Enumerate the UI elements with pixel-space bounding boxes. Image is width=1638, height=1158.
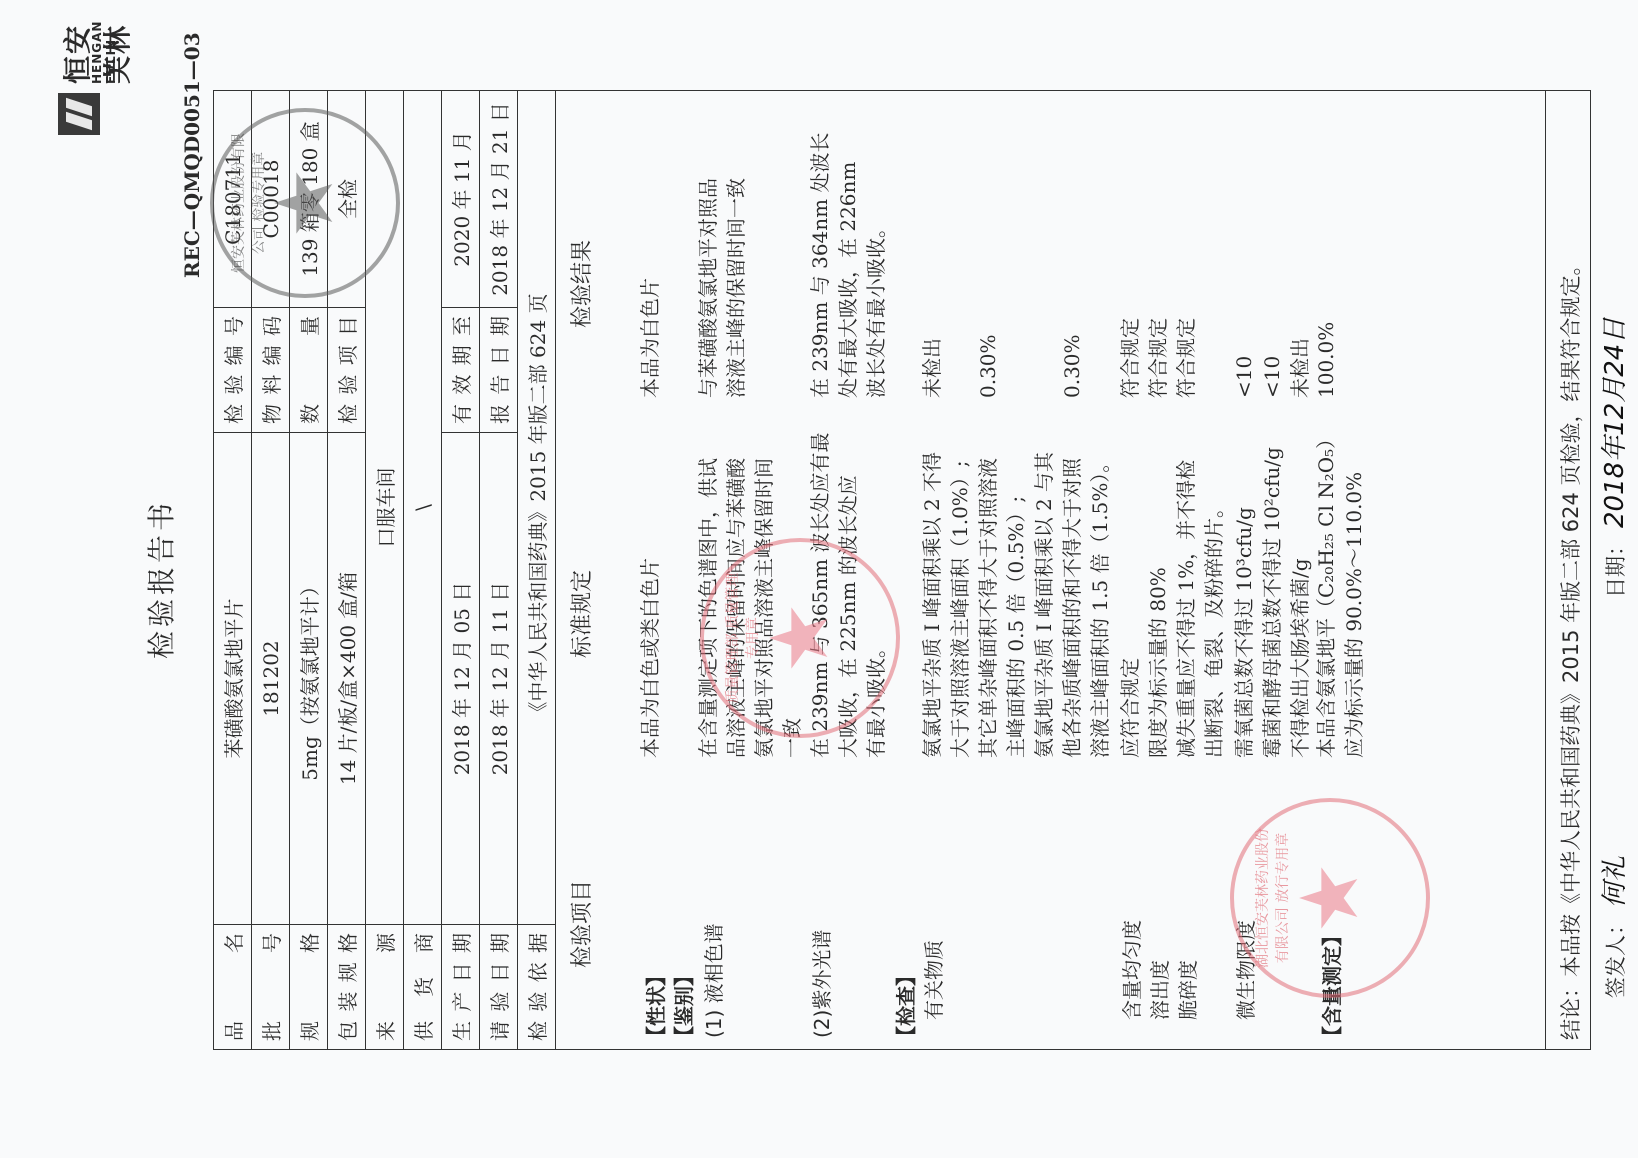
label-request-date: 请验日期 [480, 925, 518, 1050]
label-source: 来源 [366, 925, 404, 1050]
label-report-date: 报告日期 [480, 308, 518, 433]
report-title: 检验报告书 [140, 0, 180, 1158]
value-spec: 5mg（按氨氯地平计） [290, 433, 328, 925]
value-supplier: \ [404, 91, 442, 925]
release-stamp: ★ 湖北恒安芙林药业股份有限公司 放行专用章 [1230, 798, 1430, 998]
qa-stamp-text: 恒安芙林药业股份有限公司 检验专用章 [228, 132, 268, 274]
company-logo-icon [58, 93, 100, 135]
info-row-request-date: 请验日期 2018 年 12 月 11 日 报告日期 2018 年 12 月 2… [480, 91, 518, 1050]
label-product-name: 品名 [214, 925, 252, 1050]
label-material-code: 物料编码 [252, 308, 290, 433]
company-name-en: HENGAN FULIN [90, 0, 118, 84]
value-expiry: 2020 年 11 月 [442, 91, 480, 308]
stamp-star-icon: ★ [265, 167, 345, 239]
quality-stamp: ★ 质量管理部 质量管理专用章 [700, 538, 900, 738]
qa-stamp: ★ 恒安芙林药业股份有限公司 检验专用章 [210, 108, 400, 298]
label-test-items: 检验项目 [328, 308, 366, 433]
label-batch: 批号 [252, 925, 290, 1050]
label-test-number: 检验编号 [214, 308, 252, 433]
signer-signature: 何礼 [1594, 856, 1631, 908]
quality-stamp-text: 质量管理部 质量管理专用章 [722, 566, 762, 710]
document-code: REC—QMQD0051—03 [180, 32, 204, 278]
value-batch: 181202 [252, 433, 290, 925]
value-product-name: 苯磺酸氨氯地平片 [214, 433, 252, 925]
date-label: 日期： [1600, 535, 1630, 598]
label-supplier: 供货商 [404, 925, 442, 1050]
value-production-date: 2018 年 12 月 05 日 [442, 433, 480, 925]
stamp-star-icon: ★ [760, 602, 840, 674]
signer-label: 签发人： [1600, 914, 1630, 998]
value-packaging: 14 片/板/盒×400 盒/箱 [328, 433, 366, 925]
info-row-supplier: 供货商 \ [404, 91, 442, 1050]
stamp-star-icon: ★ [1290, 862, 1370, 934]
report-page: 恒安芙林 HENGAN FULIN 检验报告书 REC—QMQD0051—03 … [0, 0, 1638, 1158]
value-report-date: 2018 年 12 月 21 日 [480, 91, 518, 308]
label-quantity: 数量 [290, 308, 328, 433]
release-stamp-text: 湖北恒安芙林药业股份有限公司 放行专用章 [1252, 826, 1292, 970]
label-production-date: 生产日期 [442, 925, 480, 1050]
info-row-production-date: 生产日期 2018 年 12 月 05 日 有效期至 2020 年 11 月 [442, 91, 480, 1050]
label-packaging: 包装规格 [328, 925, 366, 1050]
date-handwritten: 2018年12月24日 [1594, 318, 1631, 528]
conclusion-text: 结论：本品按《中华人民共和国药典》2015 年版二部 624 页检验，结果符合规… [1555, 254, 1585, 1040]
label-expiry: 有效期至 [442, 308, 480, 433]
label-spec: 规格 [290, 925, 328, 1050]
value-request-date: 2018 年 12 月 11 日 [480, 433, 518, 925]
